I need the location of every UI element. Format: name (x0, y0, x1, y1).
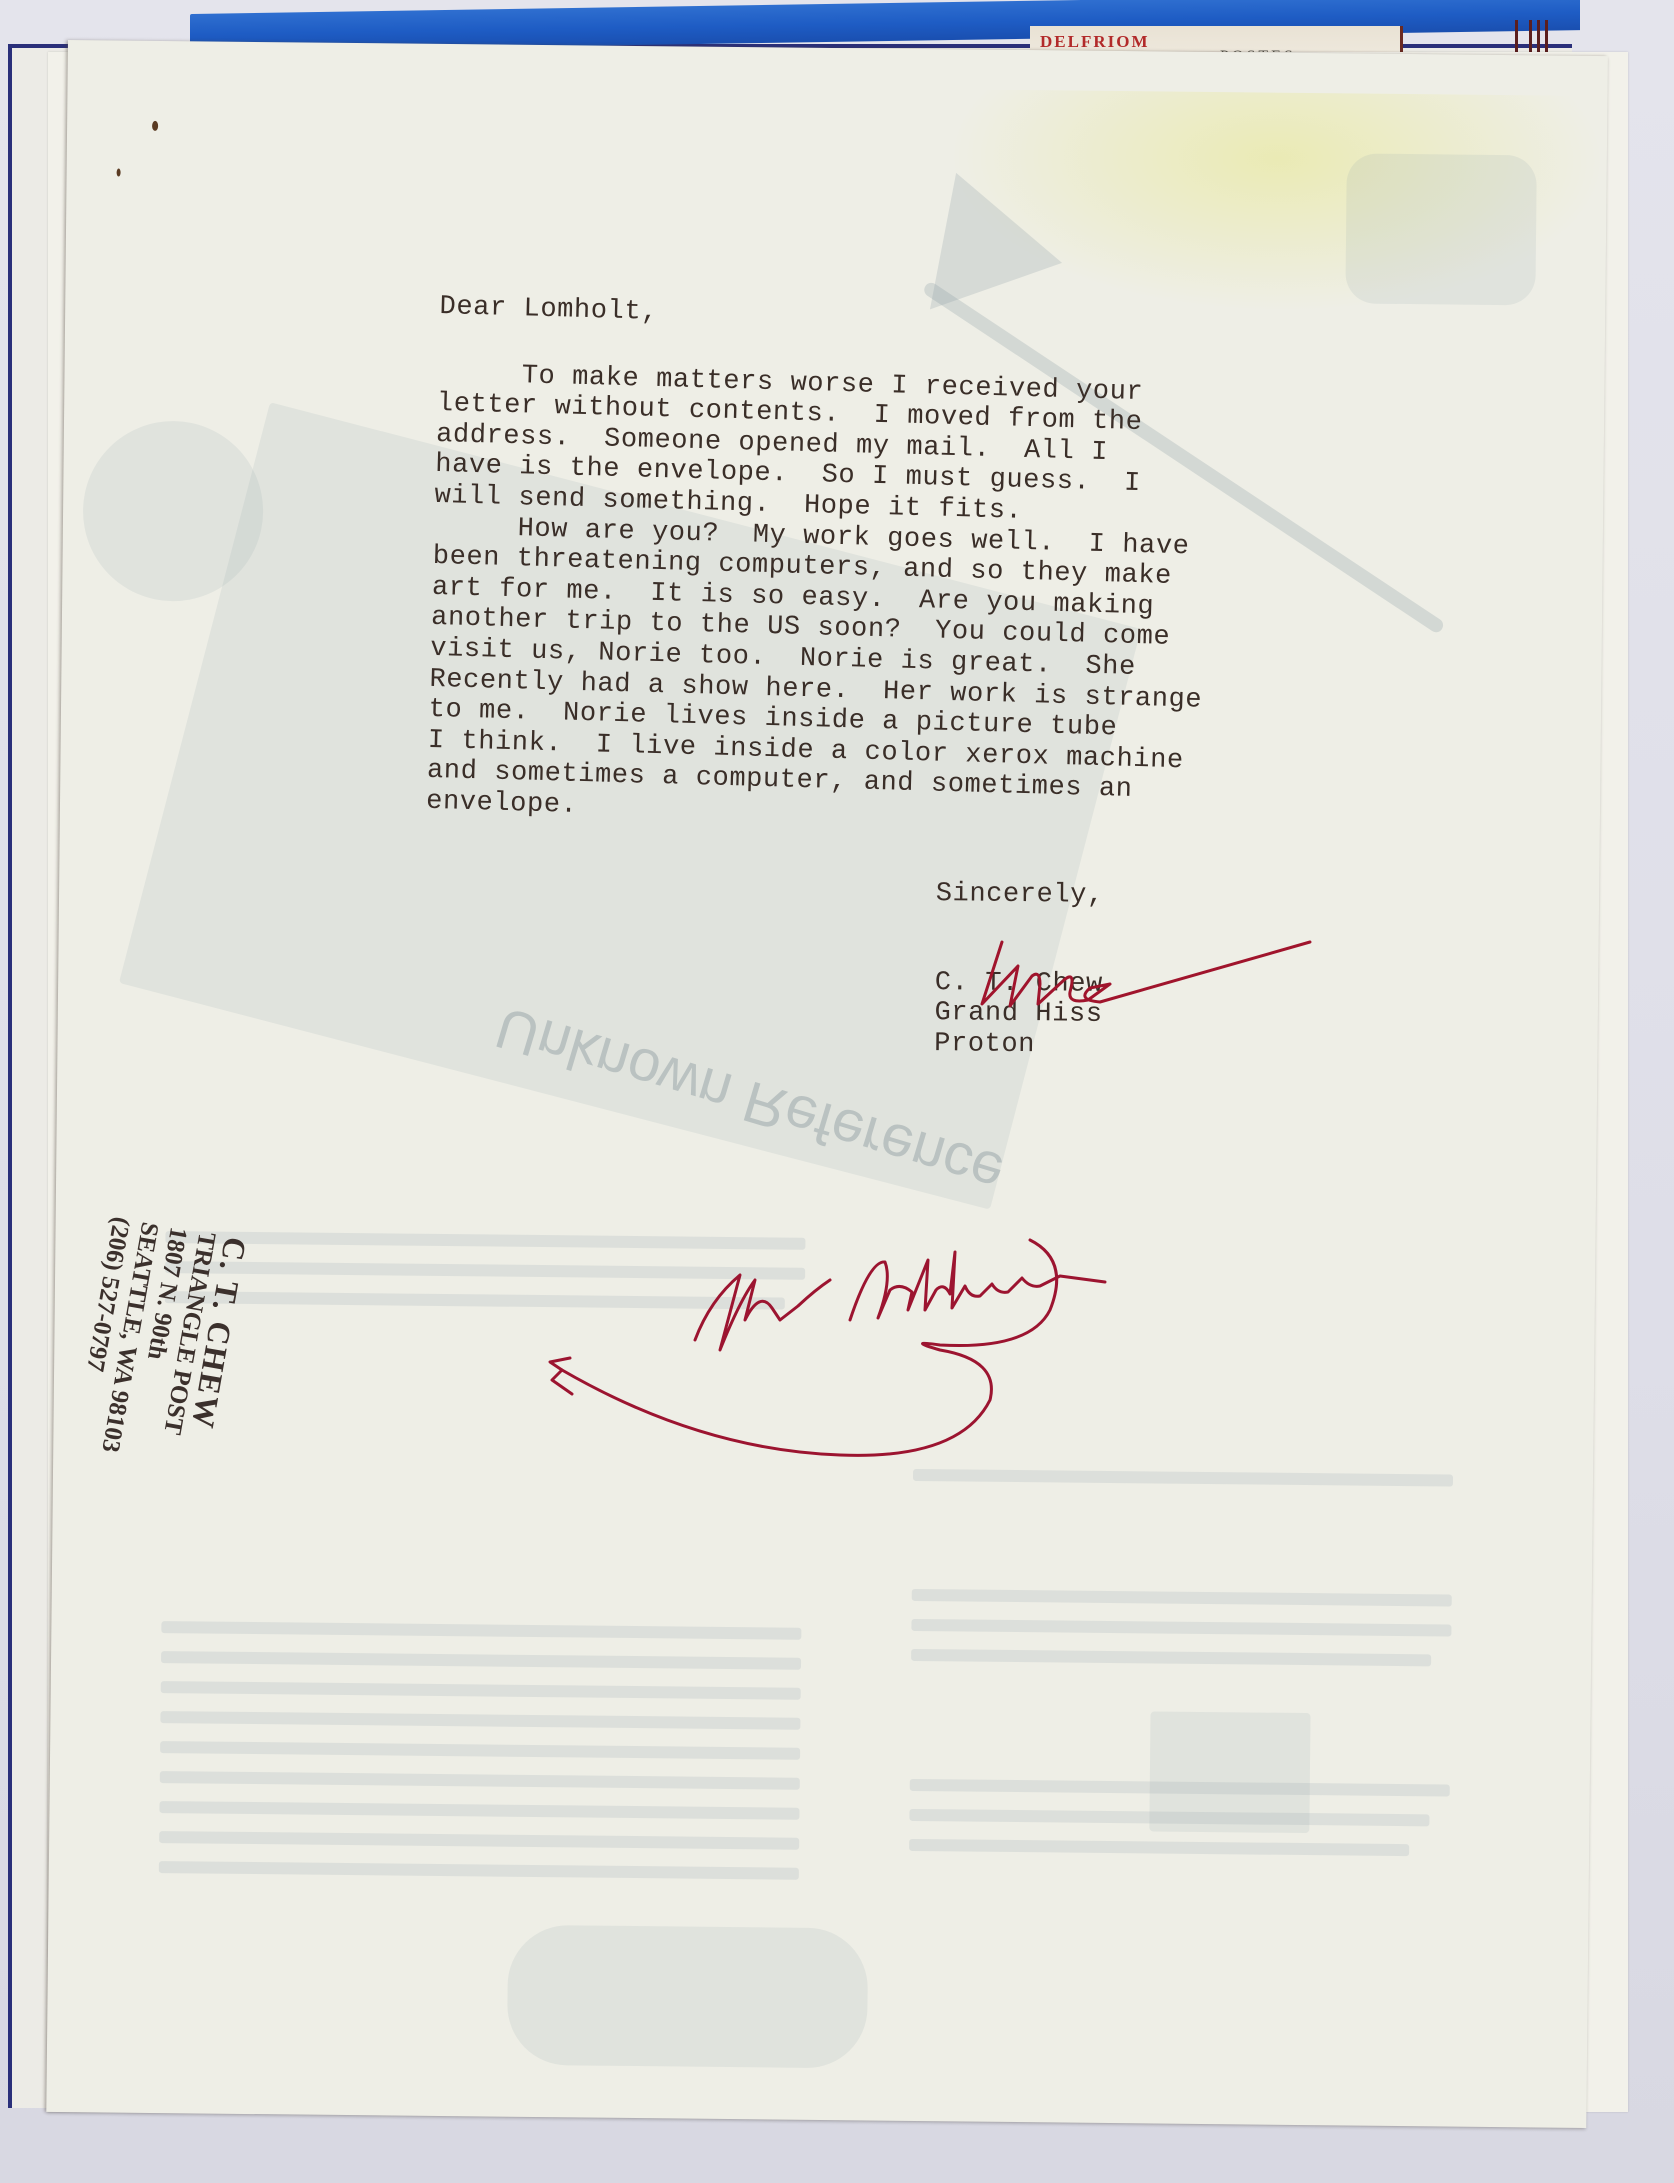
ghost-text-line (160, 1711, 800, 1730)
ghost-text-line (161, 1681, 801, 1700)
ghost-text-line (911, 1619, 1451, 1637)
ghost-circle-image (82, 420, 264, 602)
ghost-text-line (911, 1649, 1431, 1666)
ghost-text-line (912, 1589, 1452, 1607)
new-address-annotation (540, 1220, 1460, 1480)
ghost-text-line (161, 1621, 801, 1640)
ghost-text-line (161, 1651, 801, 1670)
ghost-text-line (159, 1831, 799, 1850)
stamp-text-top: DELFRIOM (1040, 32, 1150, 52)
ghost-text-line (159, 1801, 799, 1820)
ghost-text-line (159, 1861, 799, 1880)
handwritten-signature (980, 940, 1320, 1020)
closing-salutation: Sincerely, (936, 879, 1104, 911)
ghost-text-line (909, 1839, 1409, 1856)
signer-org: Proton (934, 1029, 1102, 1061)
ghost-top-right-image (1345, 153, 1537, 305)
ghost-rock-image (507, 1925, 868, 2069)
letter-body: Dear Lomholt, To make matters worse I re… (426, 292, 1340, 842)
ghost-text-line (160, 1741, 800, 1760)
ghost-text-line (160, 1771, 800, 1790)
